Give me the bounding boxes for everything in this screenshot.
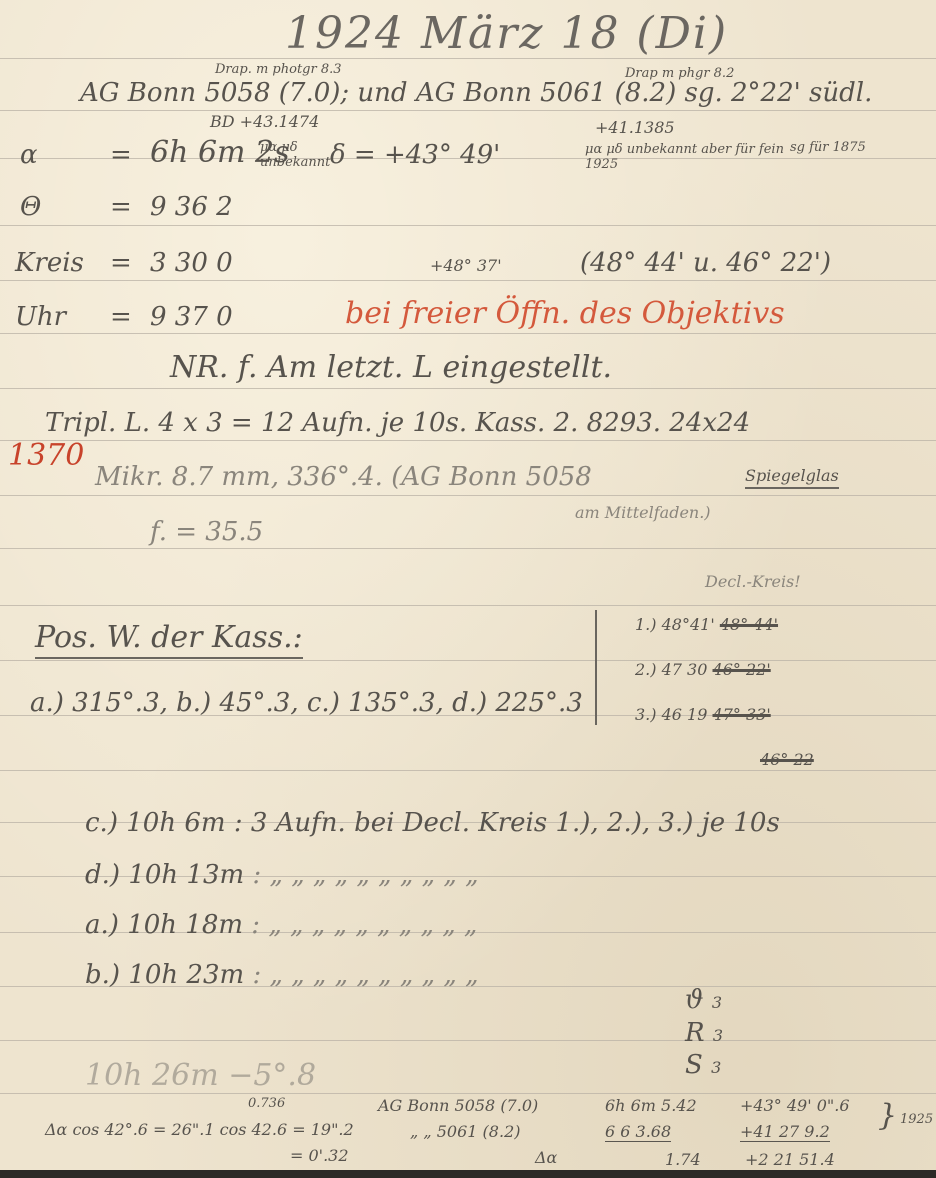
calc-line-1: Δα cos 42°.6 = 26".1 cos 42.6 = 19".2 (45, 1120, 354, 1139)
proper-motion-note-left: μα μδ unbekannt (260, 140, 320, 170)
kreis-reading: +48° 37' (430, 256, 502, 275)
ruled-line (0, 495, 936, 496)
plate-number: 1370 (8, 438, 84, 473)
decl-kreis-title: Decl.-Kreis! (705, 572, 801, 591)
param-label-theta: Θ (20, 192, 41, 222)
page-bottom-edge (0, 1170, 936, 1178)
nr-note: NR. f. Am letzt. L eingestellt. (170, 350, 612, 385)
exposure-ditto-marks: : „ „ „ „ „ „ „ „ „ „ (252, 860, 478, 890)
ruled-line (0, 770, 936, 771)
decl-entry-struck: 46° 22' (713, 660, 771, 679)
position-angle-title: Pos. W. der Kass.: (35, 620, 303, 655)
micrometer-line: Mikr. 8.7 mm, 336°.4. (AG Bonn 5058 (95, 462, 592, 492)
position-row2-dec: +41 27 9.2 (740, 1122, 830, 1142)
focal-value: f. = 35.5 (150, 517, 263, 547)
micrometer-line-continued: am Mittelfaden.) (575, 503, 711, 522)
decl-entry-1: 1.) 48°41' 48° 44' (635, 615, 778, 634)
proper-motion-note-right: μα μδ unbekannt aber für fein 1925 (585, 142, 785, 172)
kreis-paren-note: (48° 44' u. 46° 22') (580, 248, 831, 278)
decl-entry-3: 3.) 46 19 47° 33' (635, 705, 771, 724)
decl-entry-number: 2.) (635, 660, 657, 679)
red-objective-note: bei freier Öffn. des Objektivs (345, 296, 785, 331)
position-row1-label: AG Bonn 5058 (7.0) (378, 1096, 538, 1115)
exposure-time: 10h 18m (127, 910, 243, 940)
position-row1-dec: +43° 49' 0".6 (740, 1096, 850, 1115)
ruled-line (0, 388, 936, 389)
page-date-title: 1924 März 18 (Di) (285, 8, 728, 59)
param-equals: = (110, 248, 132, 278)
param-equals: = (110, 302, 132, 332)
weather-symbol: R (685, 1018, 705, 1048)
calc-line-2: = 0'.32 (290, 1146, 349, 1165)
decl-entry-struck: 48° 44' (720, 615, 778, 634)
ruled-line (0, 548, 936, 549)
ruled-line (0, 440, 936, 441)
position-angle-title-text: Pos. W. der Kass.: (35, 620, 303, 659)
exposure-text: : 3 Aufn. bei Decl. Kreis 1.), 2.), 3.) … (234, 808, 780, 838)
param-label-uhr: Uhr (15, 302, 66, 332)
ruled-line (0, 333, 936, 334)
bd-number-right: +41.1385 (595, 118, 675, 137)
exposure-time: 10h 23m (128, 960, 244, 990)
delta-label: Δα (535, 1148, 557, 1167)
exposure-time: 10h 6m (126, 808, 225, 838)
spiegelglas-text: Spiegelglas (745, 466, 839, 489)
weather-row-2: R 3 (685, 1018, 723, 1048)
param-value-theta: 9 36 2 (150, 192, 233, 222)
delta-dec: +2 21 51.4 (745, 1150, 835, 1169)
exposure-row-b: b.) 10h 23m : „ „ „ „ „ „ „ „ „ „ (85, 960, 479, 990)
divider-line (595, 610, 597, 725)
decl-entry-value: 46 19 (662, 705, 708, 724)
position-row2-ra: 6 6 3.68 (605, 1122, 671, 1142)
weather-symbol: S (685, 1050, 703, 1080)
photographic-mag-note-left: Drap. m photgr 8.3 (215, 62, 342, 77)
spiegelglas-label: Spiegelglas (745, 466, 839, 485)
brace-icon: } (878, 1098, 897, 1133)
ruled-line (0, 1093, 936, 1094)
decl-entry-struck: 47° 33' (713, 705, 771, 724)
star-identification-line: AG Bonn 5058 (7.0); und AG Bonn 5061 (8.… (80, 78, 872, 108)
ruled-line (0, 605, 936, 606)
exposure-ditto-marks: : „ „ „ „ „ „ „ „ „ „ (252, 960, 478, 990)
weather-value: 3 (713, 1026, 723, 1045)
exposure-row-c: c.) 10h 6m : 3 Aufn. bei Decl. Kreis 1.)… (85, 808, 780, 838)
decl-entry-number: 3.) (635, 705, 657, 724)
calc-superscript: 0.736 (248, 1096, 285, 1111)
weather-value: 3 (712, 993, 722, 1012)
epoch-label: 1925 (900, 1112, 933, 1127)
exposure-label: d.) (85, 860, 120, 890)
ruled-line (0, 280, 936, 281)
notebook-page: 1924 März 18 (Di) Drap. m photgr 8.3 Dra… (0, 0, 936, 1178)
declination-value: δ = +43° 49' (330, 140, 500, 170)
triplet-exposure-line: Tripl. L. 4 x 3 = 12 Aufn. je 10s. Kass.… (45, 408, 750, 438)
exposure-row-a: a.) 10h 18m : „ „ „ „ „ „ „ „ „ „ (85, 910, 477, 940)
decl-entry-value: 48°41' (662, 615, 715, 634)
decl-entry-2: 2.) 47 30 46° 22' (635, 660, 771, 679)
weather-symbol: ϑ (685, 985, 704, 1015)
decl-entry-value: 47 30 (662, 660, 708, 679)
exposure-ditto-marks: : „ „ „ „ „ „ „ „ „ „ (251, 910, 477, 940)
weather-row-1: ϑ 3 (685, 985, 722, 1015)
delta-ra: 1.74 (665, 1150, 701, 1169)
end-time-temperature: 10h 26m −5°.8 (85, 1058, 316, 1093)
decl-extra-struck: 46° 22 (760, 750, 814, 769)
epoch-note: sg für 1875 (790, 140, 866, 155)
ruled-line (0, 660, 936, 661)
exposure-label: a.) (85, 910, 119, 940)
param-label-alpha: α (20, 140, 38, 170)
ruled-line (0, 225, 936, 226)
param-value-uhr: 9 37 0 (150, 302, 233, 332)
exposure-row-d: d.) 10h 13m : „ „ „ „ „ „ „ „ „ „ (85, 860, 479, 890)
exposure-label: c.) (85, 808, 118, 838)
ruled-line (0, 1040, 936, 1041)
param-value-kreis: 3 30 0 (150, 248, 233, 278)
position-row1-ra: 6h 6m 5.42 (605, 1096, 697, 1115)
exposure-label: b.) (85, 960, 120, 990)
param-equals: = (110, 140, 132, 170)
decl-entry-number: 1.) (635, 615, 657, 634)
weather-value: 3 (711, 1058, 721, 1077)
exposure-time: 10h 13m (128, 860, 244, 890)
weather-row-3: S 3 (685, 1050, 721, 1080)
param-label-kreis: Kreis (15, 248, 84, 278)
param-equals: = (110, 192, 132, 222)
position-row2-label: „ „ 5061 (8.2) (410, 1122, 520, 1141)
position-angle-values: a.) 315°.3, b.) 45°.3, c.) 135°.3, d.) 2… (30, 688, 583, 718)
ruled-line (0, 110, 936, 111)
bd-number-left: BD +43.1474 (210, 112, 319, 131)
